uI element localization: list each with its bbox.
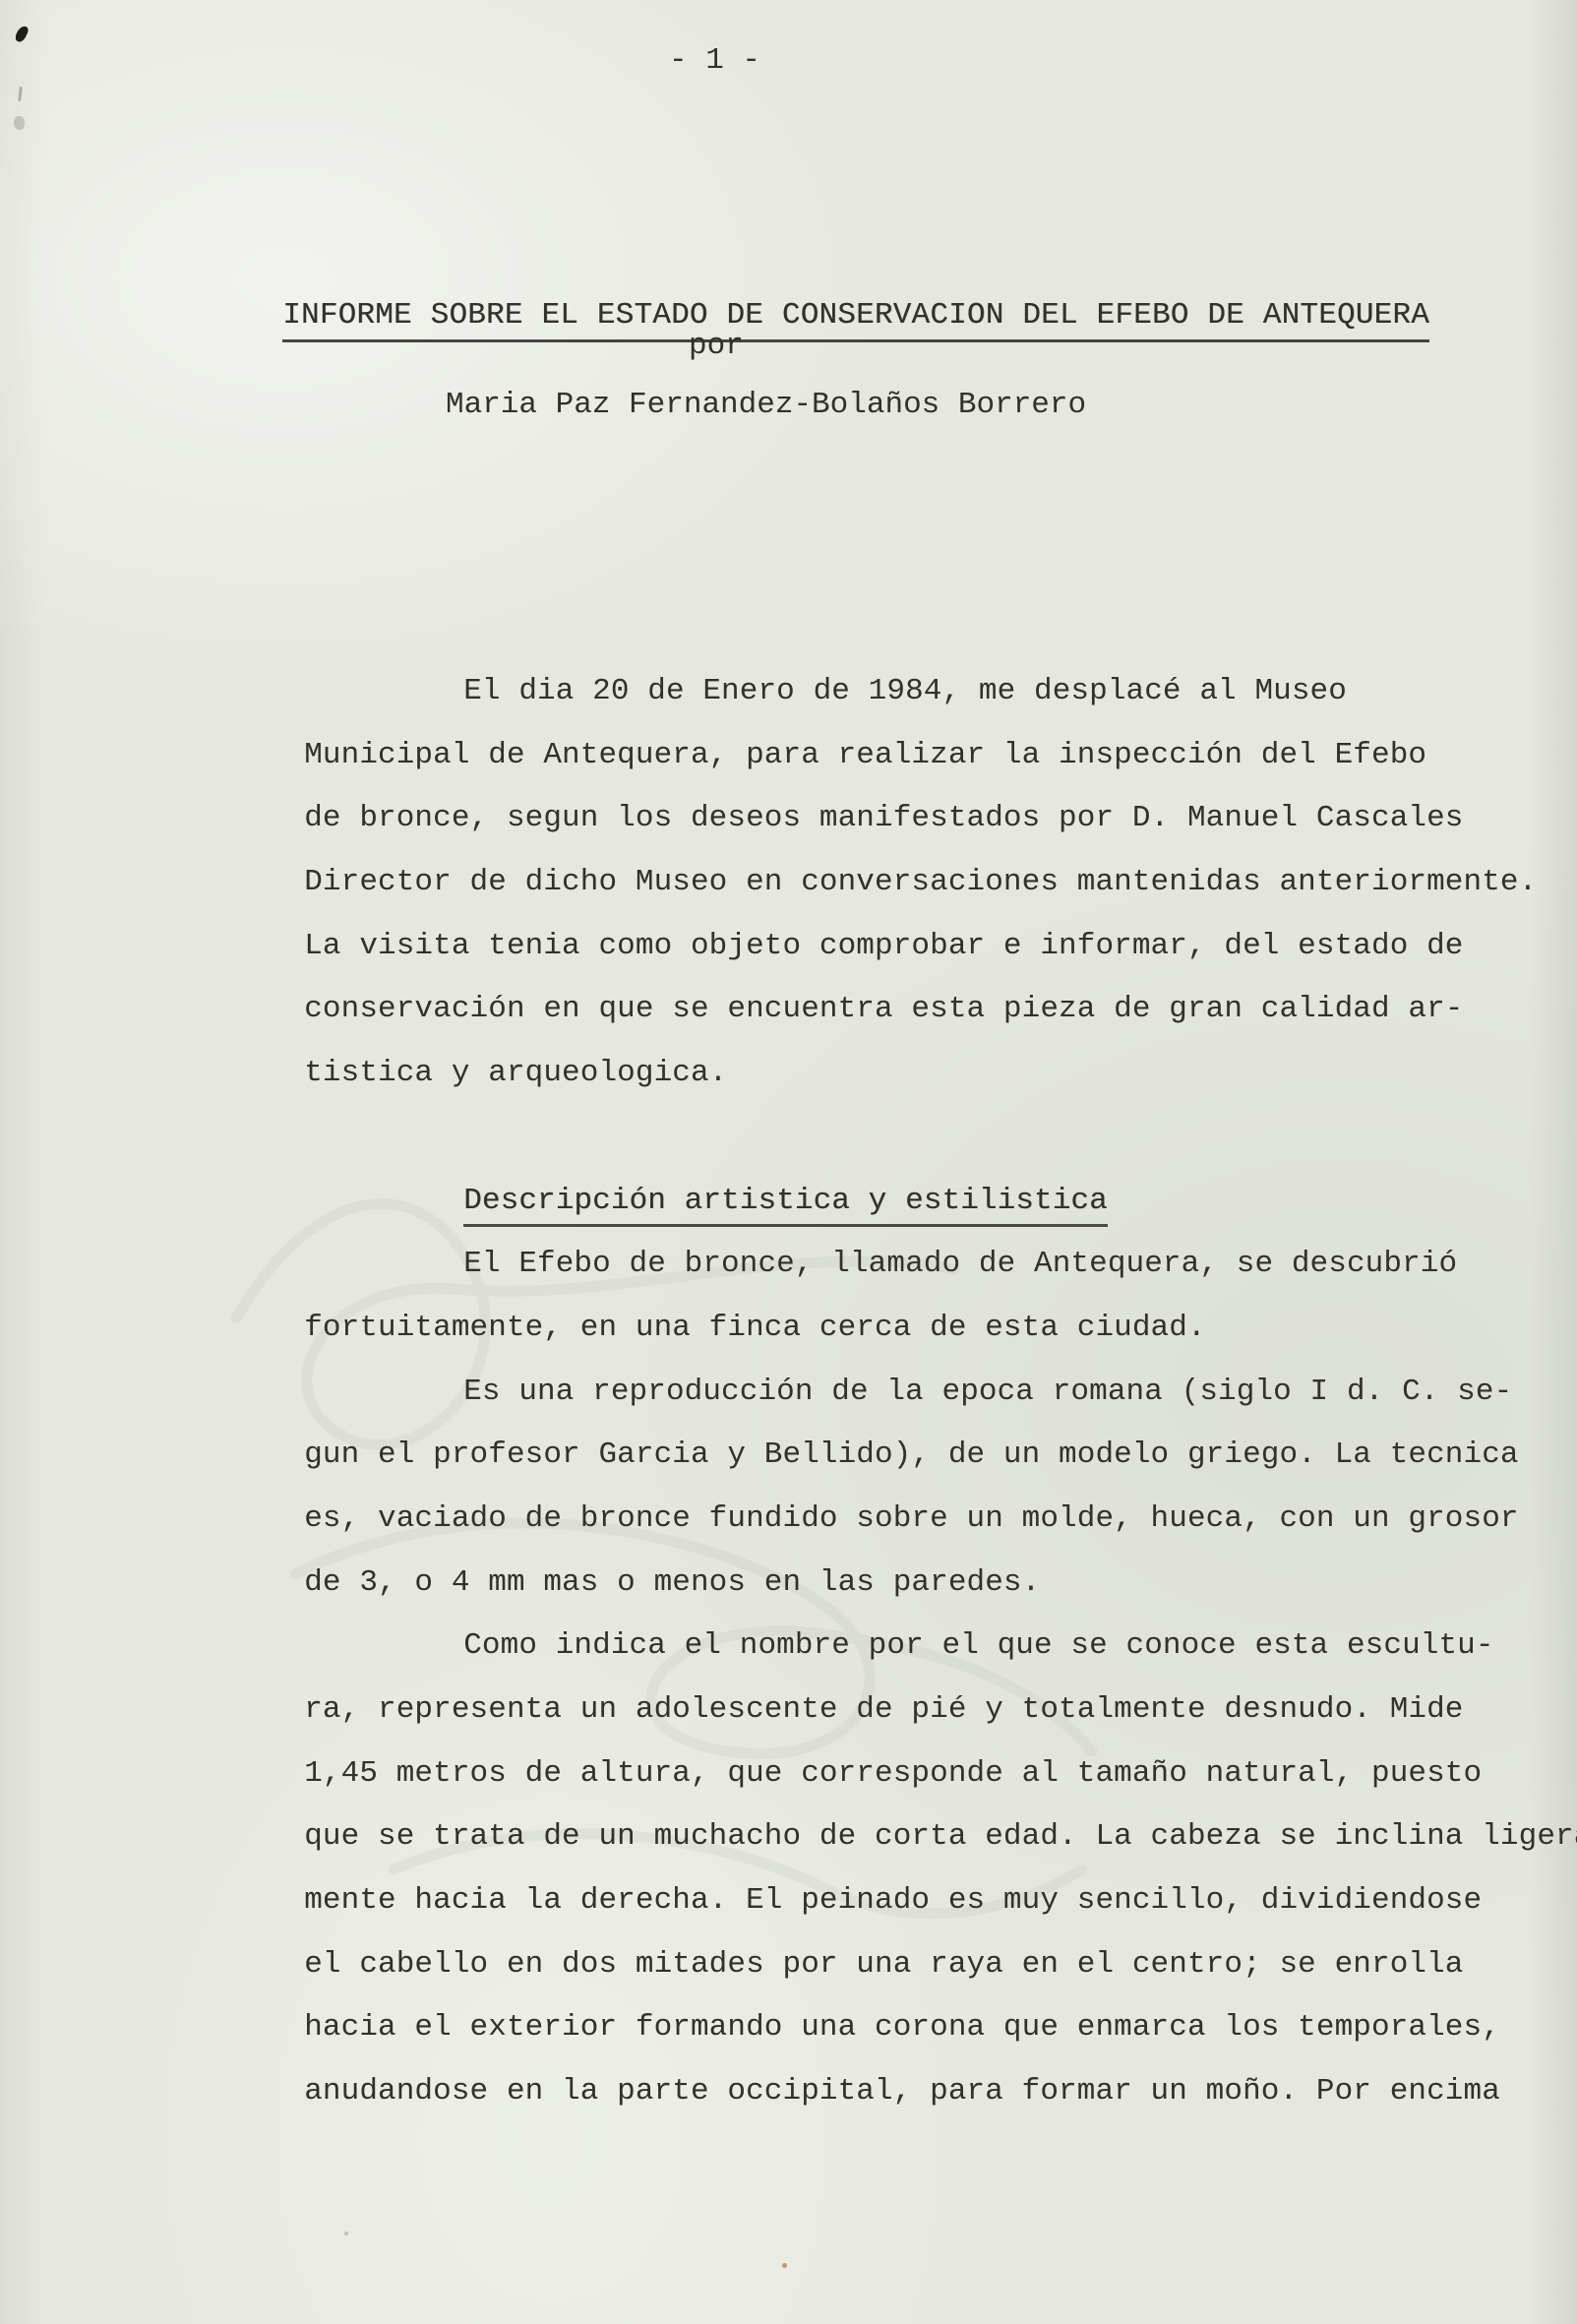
text-line: Director de dicho Museo en conversacione…: [194, 830, 1577, 894]
text-line-content: mente hacia la derecha. El peinado es mu…: [304, 1883, 1482, 1918]
text-line: de 3, o 4 mm mas o menos en las paredes.: [194, 1531, 1577, 1595]
text-line: 1,45 metros de altura, que corresponde a…: [194, 1722, 1577, 1786]
text-line-content: ra, representa un adolescente de pié y t…: [304, 1692, 1463, 1727]
text-line-content: El dia 20 de Enero de 1984, me desplacé …: [463, 674, 1347, 708]
text-line-content: conservación en que se encuentra esta pi…: [304, 992, 1463, 1026]
text-line-content: hacia el exterior formando una corona qu…: [304, 2010, 1500, 2045]
text-line-content: El Efebo de bronce, llamado de Antequera…: [463, 1247, 1457, 1281]
text-line: hacia el exterior formando una corona qu…: [194, 1976, 1577, 2040]
text-line: anudandose en la parte occipital, para f…: [194, 2040, 1577, 2104]
text-line-content: Director de dicho Museo en conversacione…: [304, 865, 1537, 899]
ink-mark: [18, 87, 23, 101]
text-line: es, vaciado de bronce fundido sobre un m…: [194, 1467, 1577, 1531]
text-line: Descripción artistica y estilistica: [194, 1149, 1577, 1213]
byline: por: [689, 329, 744, 363]
document-title-text: INFORME SOBRE EL ESTADO DE CONSERVACION …: [282, 298, 1429, 342]
page-number: - 1 -: [669, 43, 760, 78]
text-line: Como indica el nombre por el que se cono…: [194, 1594, 1577, 1658]
text-line-content: Como indica el nombre por el que se cono…: [463, 1628, 1493, 1663]
text-line-content: que se trata de un muchacho de corta eda…: [304, 1819, 1577, 1854]
text-line: mente hacia la derecha. El peinado es mu…: [194, 1849, 1577, 1913]
text-line-content: tistica y arqueologica.: [304, 1056, 727, 1090]
text-line-content: Descripción artistica y estilistica: [463, 1184, 1108, 1227]
text-line-content: es, vaciado de bronce fundido sobre un m…: [304, 1501, 1518, 1536]
text-line-content: 1,45 metros de altura, que corresponde a…: [304, 1756, 1482, 1791]
text-line: El dia 20 de Enero de 1984, me desplacé …: [194, 640, 1577, 703]
text-line-content: anudandose en la parte occipital, para f…: [304, 2074, 1500, 2109]
document-title: INFORME SOBRE EL ESTADO DE CONSERVACION …: [209, 264, 1429, 377]
text-line: tistica y arqueologica.: [194, 1021, 1577, 1085]
text-line: que se trata de un muchacho de corta eda…: [194, 1785, 1577, 1849]
ink-mark: [14, 116, 25, 130]
text-line: La visita tenia como objeto comprobar e …: [194, 894, 1577, 958]
text-line-content: Es una reproducción de la epoca romana (…: [463, 1375, 1512, 1409]
text-line-content: La visita tenia como objeto comprobar e …: [304, 929, 1463, 963]
paper-speck: [344, 2232, 348, 2235]
text-line: conservación en que se encuentra esta pi…: [194, 957, 1577, 1021]
document-page: - 1 - INFORME SOBRE EL ESTADO DE CONSERV…: [0, 0, 1577, 2324]
ink-mark: [14, 25, 30, 44]
text-line-content: de 3, o 4 mm mas o menos en las paredes.: [304, 1565, 1040, 1600]
text-line-content: de bronce, segun los deseos manifestados…: [304, 801, 1463, 835]
text-line: de bronce, segun los deseos manifestados…: [194, 766, 1577, 830]
paper-speck: [782, 2263, 787, 2268]
text-line: Es una reproducción de la epoca romana (…: [194, 1340, 1577, 1404]
text-line-content: fortuitamente, en una finca cerca de est…: [304, 1311, 1205, 1345]
author-name: Maria Paz Fernandez-Bolaños Borrero: [446, 388, 1086, 422]
document-body: El dia 20 de Enero de 1984, me desplacé …: [194, 640, 1577, 2104]
text-line: [194, 1085, 1577, 1149]
text-line: el cabello en dos mitades por una raya e…: [194, 1913, 1577, 1977]
text-line-content: Municipal de Antequera, para realizar la…: [304, 738, 1426, 772]
text-line-content: gun el profesor Garcia y Bellido), de un…: [304, 1437, 1518, 1472]
text-line-content: el cabello en dos mitades por una raya e…: [304, 1947, 1463, 1982]
